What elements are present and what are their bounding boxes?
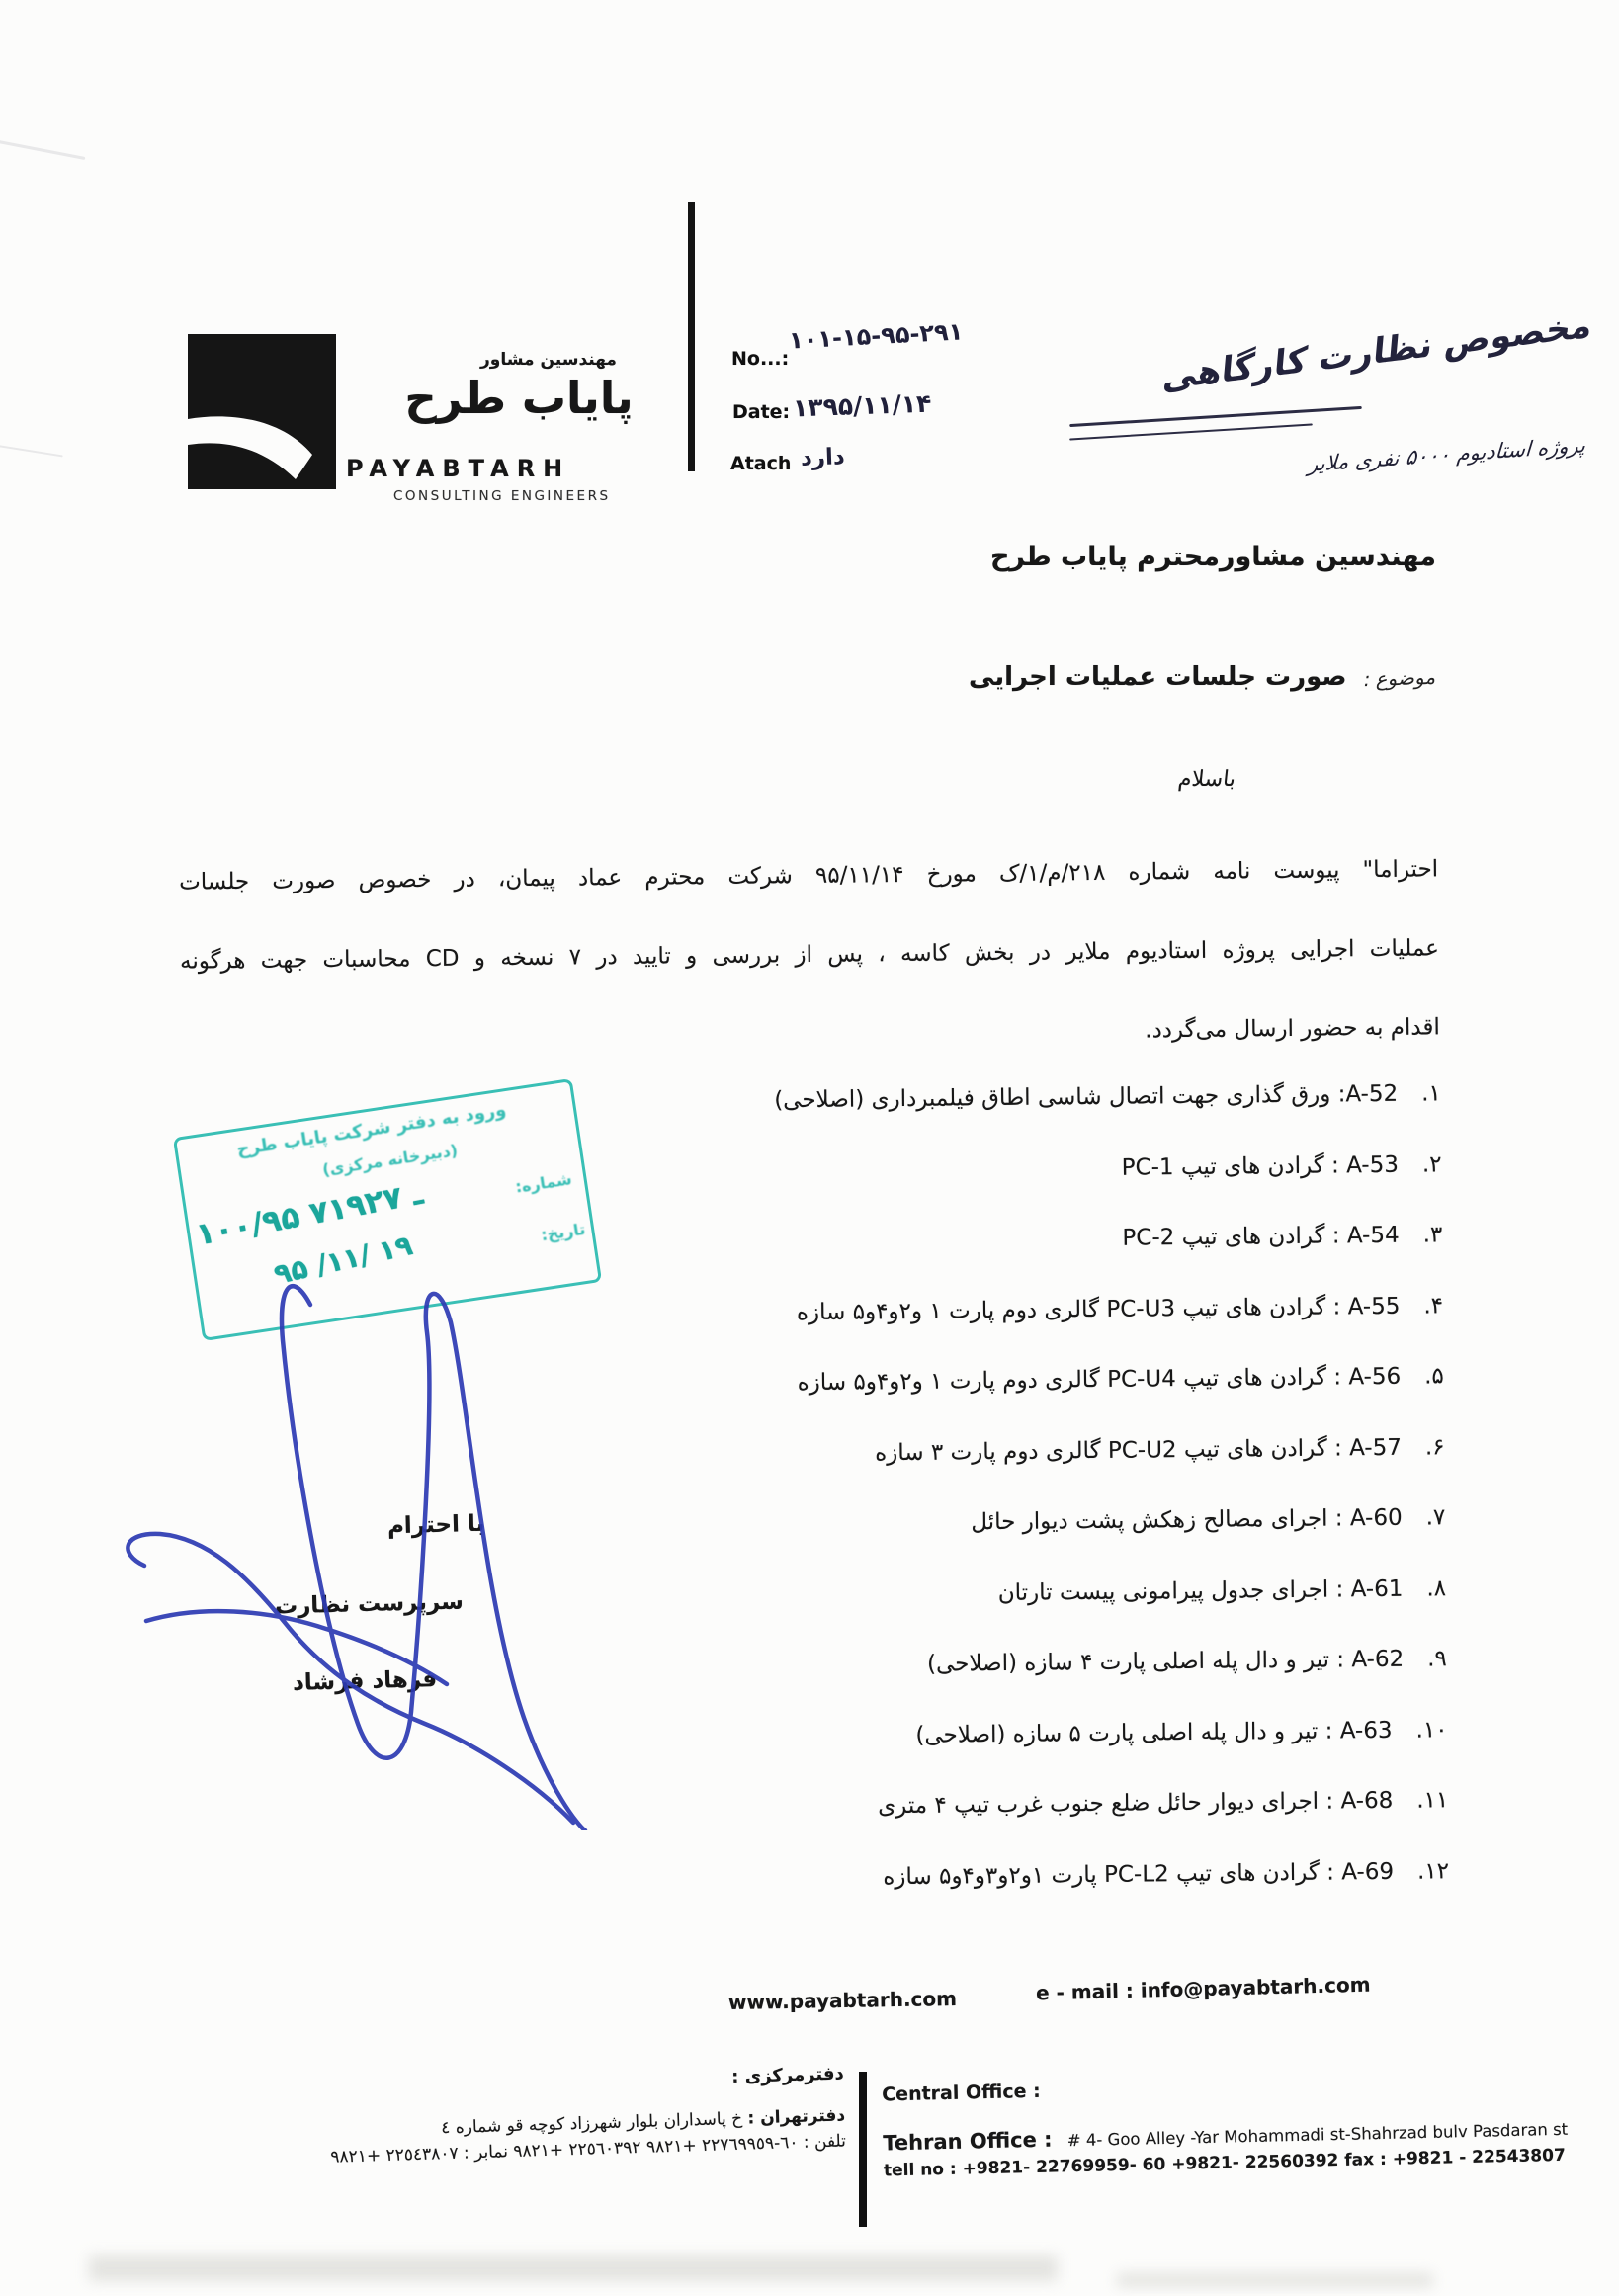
- recipient-line: مهندسین مشاورمحترم پایاب طرح: [990, 542, 1436, 572]
- list-item-text: A-56 : گرادن های تیپ PC-U4 گالری دوم پار…: [798, 1364, 1402, 1396]
- list-item-text: A-57 : گرادن های تیپ PC-U2 گالری دوم پار…: [875, 1434, 1402, 1466]
- list-item: ۱۱.A-68 : اجرای دیوار حائل ضلع جنوب غرب …: [183, 1765, 1449, 1849]
- tehran-office-label-fa: دفترتهران :: [747, 2105, 845, 2128]
- body-line: عملیات اجرایی پروژه استادیوم ملایر در بخ…: [180, 908, 1440, 1000]
- tehran-office-address-fa: خ پاسداران بلوار شهرزاد کوچه قو شماره ٤: [441, 2109, 742, 2139]
- central-office-label-fa: دفترمرکزی :: [53, 2063, 844, 2108]
- handwritten-annotation-title: مخصوص نظارت کارگاهی: [1161, 305, 1594, 398]
- scan-smudge: [89, 2255, 1058, 2281]
- handwritten-annotation-project: پروژه استادیوم ۵۰۰۰ نفری ملایر: [1307, 433, 1585, 476]
- logo-farsi-tagline: مهندسین مشاور: [465, 350, 633, 370]
- list-item: ۱۲.A-69 : گرادن های تیپ PC-L2 پارت ۱و۲و۳…: [184, 1836, 1450, 1920]
- no-value: ۱۰۱-۱۵-۹۵-۲۹۱: [788, 317, 964, 354]
- body-line: احتراما" پیوست نامه شماره ۲۱۸/م/۱/ک مورخ…: [179, 829, 1439, 921]
- footer-divider: [859, 2072, 867, 2227]
- header-divider: [688, 202, 695, 471]
- annotation-underline: [1069, 406, 1362, 427]
- list-item-text: A-52: ورق گذاری جهت اتصال شاسی اطاق فیلم…: [774, 1081, 1398, 1114]
- stamp-date-label: تاریخ:: [540, 1220, 586, 1244]
- list-item-text: A-61 : اجرای جدول پیرامونی پیست تارتان: [998, 1575, 1404, 1605]
- scanned-letter: مهندسین مشاور پایاب طرح PAYABTARH CONSUL…: [0, 0, 1619, 2296]
- footer-farsi: دفترمرکزی : دفترتهران : خ پاسداران بلوار…: [53, 2063, 846, 2175]
- tehran-office-address-en: # 4- Goo Alley -Yar Mohammadi st-Shahrza…: [1067, 2120, 1569, 2150]
- list-item: ۷.A-60 : اجرای مصالح زهکش پشت دیوار حائل: [180, 1483, 1446, 1567]
- date-value: ۱۳۹۵/۱۱/۱۴: [793, 389, 932, 423]
- annotation-underline: [1069, 423, 1313, 440]
- subject-text: صورت جلسات عملیات اجرایی: [969, 662, 1346, 692]
- body-paragraph: احتراما" پیوست نامه شماره ۲۱۸/م/۱/ک مورخ…: [179, 829, 1440, 1079]
- list-item-text: A-69 : گرادن های تیپ PC-L2 پارت ۱و۲و۳و۴و…: [883, 1858, 1394, 1889]
- scan-smudge: [1117, 2273, 1433, 2287]
- scan-streak: [0, 445, 63, 458]
- logo-latin-subtitle: CONSULTING ENGINEERS: [393, 488, 611, 504]
- date-label: Date:: [732, 401, 790, 423]
- stamp-number-label: شماره:: [514, 1169, 573, 1196]
- list-item-text: A-54 : گرادن های تیپ PC-2: [1122, 1223, 1399, 1251]
- scan-streak: [0, 139, 85, 160]
- logo-latin-name: PAYABTARH: [346, 455, 570, 482]
- attach-value: دارد: [801, 444, 846, 471]
- list-item-text: A-62 : تیر و دال پله اصلی پارت ۴ سازه (ا…: [927, 1647, 1404, 1677]
- signer-title: سرپرست نظارت: [275, 1589, 464, 1620]
- list-item-text: A-55 : گرادن های تیپ PC-U3 گالری دوم پار…: [797, 1293, 1401, 1324]
- subject-row: موضوع : صورت جلسات عملیات اجرایی: [969, 662, 1436, 692]
- attach-label: Atach: [730, 453, 791, 474]
- no-label: No...:: [731, 348, 789, 370]
- subject-label: موضوع :: [1361, 665, 1438, 692]
- list-item: ۶.A-57 : گرادن های تیپ PC-U2 گالری دوم پ…: [179, 1412, 1445, 1496]
- list-item: ۵.A-56 : گرادن های تیپ PC-U4 گالری دوم پ…: [179, 1341, 1445, 1425]
- list-item: ۱۰.A-63 : تیر و دال پله اصلی پارت ۵ سازه…: [182, 1695, 1448, 1779]
- stamp-date-value: ۹۵ /۱۱/ ۱۹: [271, 1229, 415, 1291]
- list-item-text: A-53 : گرادن های تیپ PC-1: [1122, 1151, 1399, 1180]
- logo-farsi-name: پایاب طرح: [403, 372, 635, 424]
- list-item-text: A-60 : اجرای مصالح زهکش پشت دیوار حائل: [971, 1505, 1403, 1536]
- salutation: باسلام: [1177, 767, 1237, 792]
- website-url: www.payabtarh.com: [728, 1987, 957, 2014]
- list-item: ۹.A-62 : تیر و دال پله اصلی پارت ۴ سازه …: [182, 1624, 1448, 1708]
- tehran-office-label-en: Tehran Office :: [883, 2128, 1053, 2156]
- central-office-label-en: Central Office :: [882, 2068, 1618, 2106]
- closing-line: با احترام: [387, 1511, 485, 1540]
- signer-name: فرهاد فرشاد: [293, 1666, 438, 1696]
- footer-english: Central Office : Tehran Office : # 4- Go…: [882, 2068, 1619, 2181]
- company-logo-icon: [188, 334, 336, 489]
- list-item-text: A-63 : تیر و دال پله اصلی پارت ۵ سازه (ا…: [915, 1717, 1392, 1747]
- email-address: e - mail : info@payabtarh.com: [1036, 1973, 1371, 2005]
- list-item-text: A-68 : اجرای دیوار حائل ضلع جنوب غرب تیپ…: [878, 1788, 1393, 1819]
